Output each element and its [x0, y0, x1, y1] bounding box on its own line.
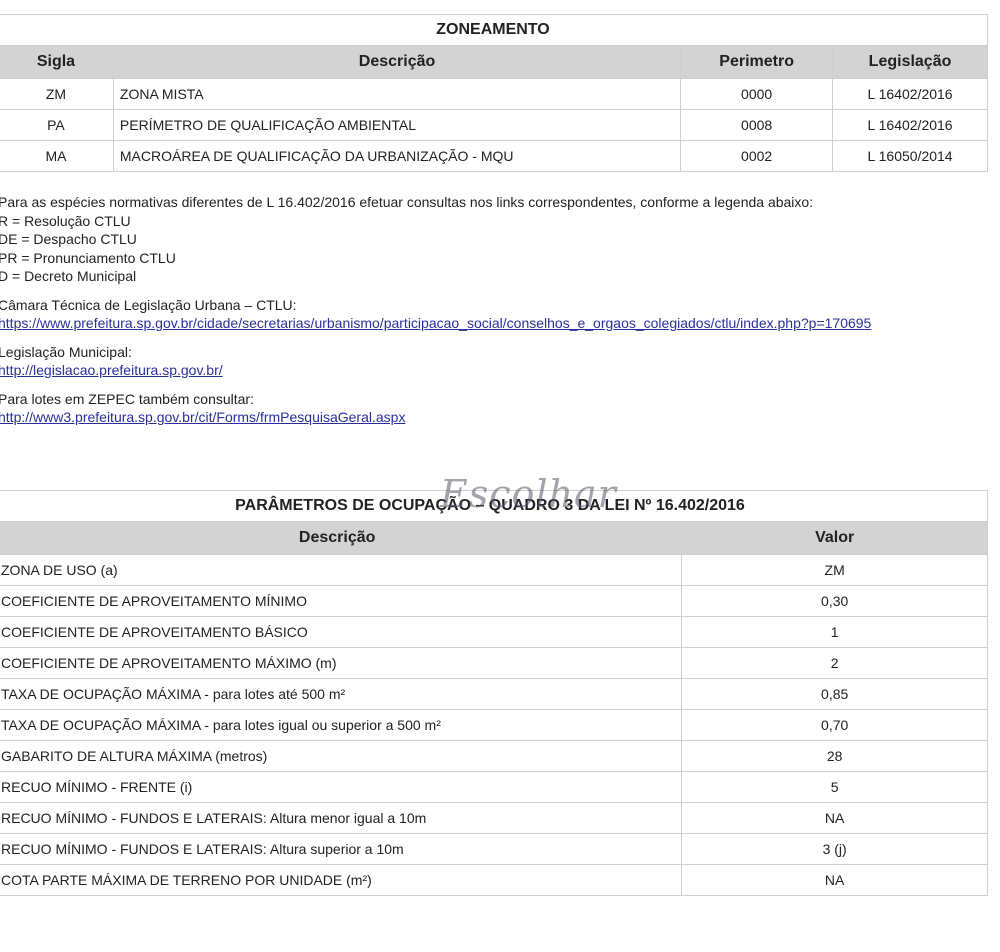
- table-row: ZONA DE USO (a)ZM: [0, 555, 988, 586]
- cell-descricao: RECUO MÍNIMO - FRENTE (i): [0, 772, 682, 803]
- table-row: RECUO MÍNIMO - FUNDOS E LATERAIS: Altura…: [0, 803, 988, 834]
- cell-descricao: ZONA DE USO (a): [0, 555, 682, 586]
- cell-descricao: COEFICIENTE DE APROVEITAMENTO MÁXIMO (m): [0, 648, 682, 679]
- cell-descricao: RECUO MÍNIMO - FUNDOS E LATERAIS: Altura…: [0, 803, 682, 834]
- cell-descricao: COEFICIENTE DE APROVEITAMENTO BÁSICO: [0, 617, 682, 648]
- table-row: COEFICIENTE DE APROVEITAMENTO MÍNIMO0,30: [0, 586, 988, 617]
- cell-valor: 0,85: [682, 679, 988, 710]
- header-valor: Valor: [682, 522, 988, 555]
- zoneamento-table: ZONEAMENTO Sigla Descrição Perimetro Leg…: [0, 14, 988, 172]
- cell-descricao: TAXA DE OCUPAÇÃO MÁXIMA - para lotes igu…: [0, 710, 682, 741]
- cell-valor: 1: [682, 617, 988, 648]
- cell-perimetro: 0002: [681, 141, 833, 172]
- cell-legislacao: L 16050/2014: [833, 141, 988, 172]
- cell-valor: 5: [682, 772, 988, 803]
- zepec-link[interactable]: http://www3.prefeitura.sp.gov.br/cit/For…: [0, 409, 405, 425]
- zepec-label: Para lotes em ZEPEC também consultar:: [0, 390, 988, 409]
- cell-descricao: PERÍMETRO DE QUALIFICAÇÃO AMBIENTAL: [113, 110, 680, 141]
- cell-descricao: ZONA MISTA: [113, 79, 680, 110]
- cell-descricao: COTA PARTE MÁXIMA DE TERRENO POR UNIDADE…: [0, 865, 682, 896]
- cell-descricao: COEFICIENTE DE APROVEITAMENTO MÍNIMO: [0, 586, 682, 617]
- table-row: COTA PARTE MÁXIMA DE TERRENO POR UNIDADE…: [0, 865, 988, 896]
- cell-valor: 0,30: [682, 586, 988, 617]
- cell-valor: NA: [682, 865, 988, 896]
- legend-item-r: R = Resolução CTLU: [0, 212, 988, 231]
- cell-descricao: GABARITO DE ALTURA MÁXIMA (metros): [0, 741, 682, 772]
- cell-sigla: MA: [0, 141, 113, 172]
- header-descricao: Descrição: [113, 46, 680, 79]
- cell-perimetro: 0008: [681, 110, 833, 141]
- legend-item-d: D = Decreto Municipal: [0, 267, 988, 286]
- cell-sigla: PA: [0, 110, 113, 141]
- cell-descricao: TAXA DE OCUPAÇÃO MÁXIMA - para lotes até…: [0, 679, 682, 710]
- table-row: ZM ZONA MISTA 0000 L 16402/2016: [0, 79, 988, 110]
- cell-descricao: RECUO MÍNIMO - FUNDOS E LATERAIS: Altura…: [0, 834, 682, 865]
- cell-valor: 28: [682, 741, 988, 772]
- cell-valor: 2: [682, 648, 988, 679]
- notes-intro: Para as espécies normativas diferentes d…: [0, 193, 988, 212]
- ctlu-link[interactable]: https://www.prefeitura.sp.gov.br/cidade/…: [0, 315, 871, 331]
- parametros-title: PARÂMETROS DE OCUPAÇÃO – QUADRO 3 DA LEI…: [0, 491, 988, 522]
- table-row: COEFICIENTE DE APROVEITAMENTO MÁXIMO (m)…: [0, 648, 988, 679]
- cell-perimetro: 0000: [681, 79, 833, 110]
- cell-legislacao: L 16402/2016: [833, 110, 988, 141]
- cell-valor: 3 (j): [682, 834, 988, 865]
- header-sigla: Sigla: [0, 46, 113, 79]
- table-row: RECUO MÍNIMO - FUNDOS E LATERAIS: Altura…: [0, 834, 988, 865]
- cell-valor: 0,70: [682, 710, 988, 741]
- ctlu-label: Câmara Técnica de Legislação Urbana – CT…: [0, 296, 988, 315]
- header-descricao: Descrição: [0, 522, 682, 555]
- header-perimetro: Perimetro: [681, 46, 833, 79]
- table-row: PA PERÍMETRO DE QUALIFICAÇÃO AMBIENTAL 0…: [0, 110, 988, 141]
- table-row: COEFICIENTE DE APROVEITAMENTO BÁSICO1: [0, 617, 988, 648]
- table-row: RECUO MÍNIMO - FRENTE (i)5: [0, 772, 988, 803]
- table-row: TAXA DE OCUPAÇÃO MÁXIMA - para lotes até…: [0, 679, 988, 710]
- legislacao-label: Legislação Municipal:: [0, 343, 988, 362]
- zoneamento-title: ZONEAMENTO: [0, 15, 988, 46]
- legend-item-pr: PR = Pronunciamento CTLU: [0, 249, 988, 268]
- legend-item-de: DE = Despacho CTLU: [0, 230, 988, 249]
- cell-valor: NA: [682, 803, 988, 834]
- cell-valor: ZM: [682, 555, 988, 586]
- table-row: TAXA DE OCUPAÇÃO MÁXIMA - para lotes igu…: [0, 710, 988, 741]
- legislacao-link[interactable]: http://legislacao.prefeitura.sp.gov.br/: [0, 362, 223, 378]
- header-legislacao: Legislação: [833, 46, 988, 79]
- cell-descricao: MACROÁREA DE QUALIFICAÇÃO DA URBANIZAÇÃO…: [113, 141, 680, 172]
- parametros-table: PARÂMETROS DE OCUPAÇÃO – QUADRO 3 DA LEI…: [0, 490, 988, 896]
- table-row: MA MACROÁREA DE QUALIFICAÇÃO DA URBANIZA…: [0, 141, 988, 172]
- cell-legislacao: L 16402/2016: [833, 79, 988, 110]
- table-row: GABARITO DE ALTURA MÁXIMA (metros)28: [0, 741, 988, 772]
- legend-notes: Para as espécies normativas diferentes d…: [0, 193, 988, 427]
- cell-sigla: ZM: [0, 79, 113, 110]
